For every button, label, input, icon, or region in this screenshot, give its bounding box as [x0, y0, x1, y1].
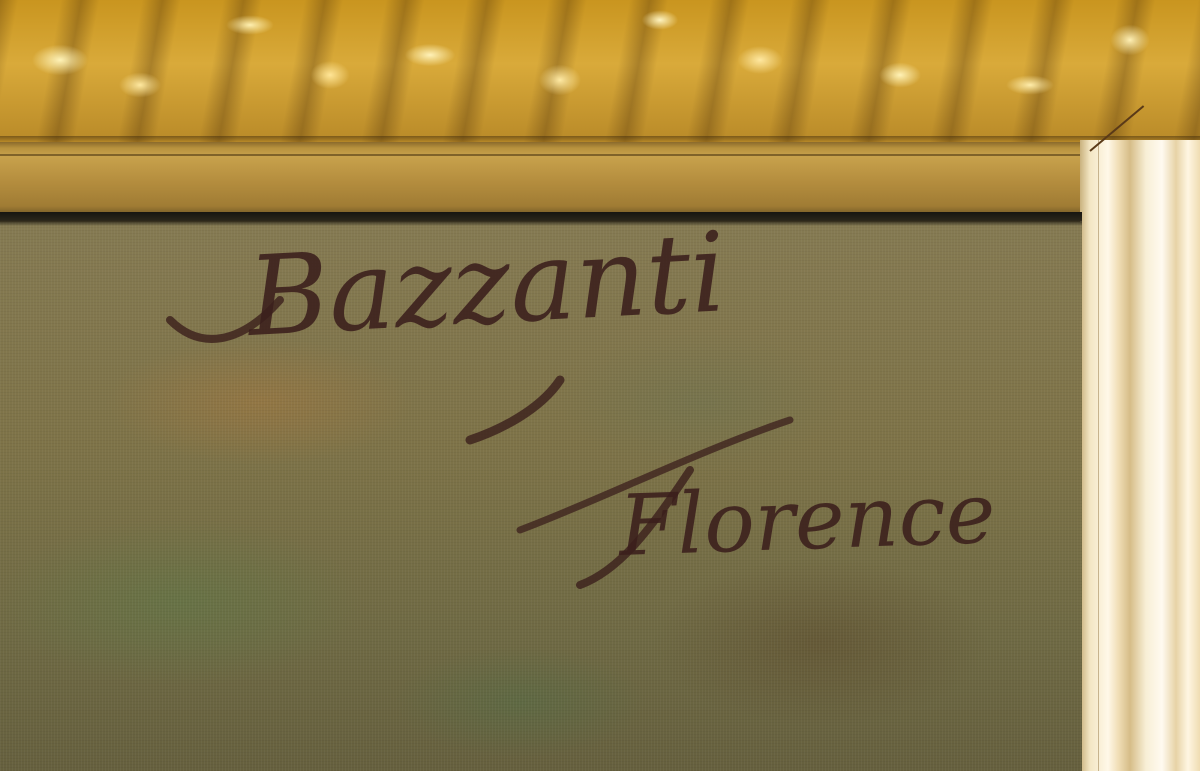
- artist-signature: Bazzanti Florence: [0, 0, 1200, 771]
- painting-photo: Bazzanti Florence: [0, 0, 1200, 771]
- signature-city: Florence: [615, 464, 997, 575]
- signature-name: Bazzanti: [243, 208, 729, 361]
